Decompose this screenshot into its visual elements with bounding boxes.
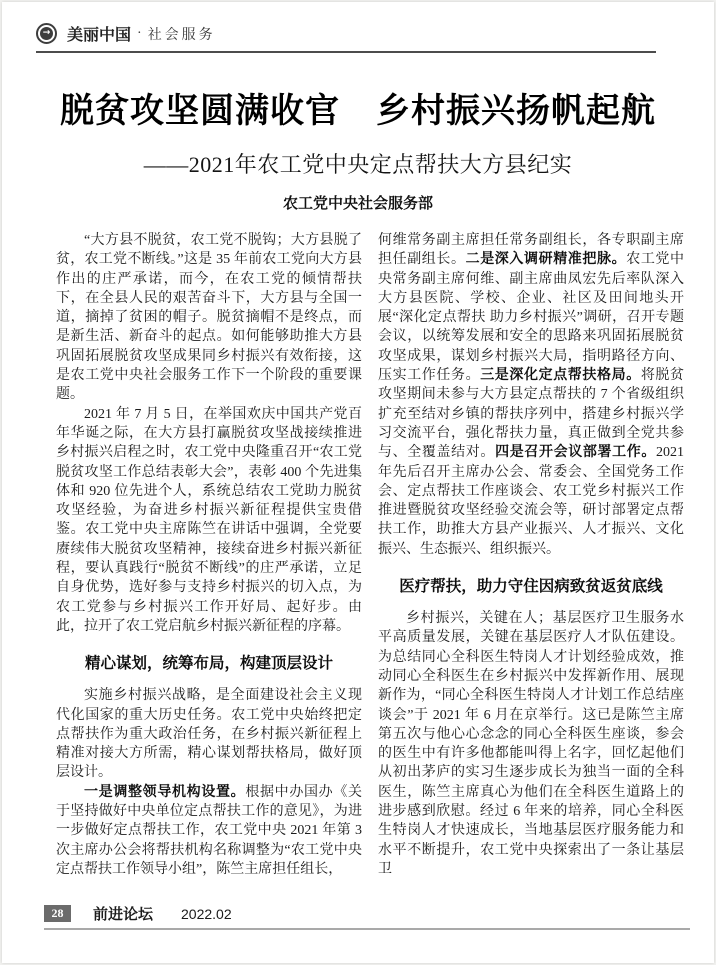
article-title-part1: 脱贫攻坚圆满收官 (60, 92, 340, 130)
journal-name: 前进论坛 (93, 903, 153, 924)
section-heading-planning: 精心谋划，统筹布局，构建顶层设计 (56, 651, 362, 673)
brand-separator: · (137, 26, 142, 42)
paragraph-5-text2: 农工党中央常务副主席何维、副主席曲凤宏先后率队深入大方县医院、学校、企业、社区及… (378, 252, 684, 383)
section-name: 社会服务 (148, 24, 216, 44)
paragraph-1: “大方县不脱贫，农工党不脱钩；大方县脱了贫，农工党不断线。”这是 35 年前农工… (56, 231, 362, 405)
paragraph-4-lead: 一是调整领导机构设置。 (84, 785, 245, 800)
left-column: “大方县不脱贫，农工党不脱钩；大方县脱了贫，农工党不断线。”这是 35 年前农工… (56, 231, 362, 903)
article-title-part2: 乡村振兴扬帆起航 (376, 92, 656, 130)
article-title: 脱贫攻坚圆满收官乡村振兴扬帆起航 (30, 83, 686, 132)
page-number-badge: 28 (44, 905, 71, 922)
page-header: → 美丽中国 · 社会服务 (2, 2, 714, 45)
paragraph-5-lead4: 四是召开会议部署工作。 (495, 445, 656, 460)
paragraph-4: 一是调整领导机构设置。根据中办国办《关于坚持做好中央单位定点帮扶工作的意见》，为… (56, 783, 362, 879)
magazine-page: → 美丽中国 · 社会服务 脱贫攻坚圆满收官乡村振兴扬帆起航 ——2021年农工… (2, 2, 714, 963)
page-footer: 28 前进论坛 2022.02 (44, 903, 690, 930)
paragraph-5-lead2: 二是深入调研精准把脉。 (466, 252, 627, 267)
arrow-circle-icon: → (36, 23, 57, 44)
issue-number: 2022.02 (181, 906, 232, 922)
brand-title: 美丽中国 (67, 22, 131, 45)
article-body: “大方县不脱贫，农工党不脱钩；大方县脱了贫，农工党不断线。”这是 35 年前农工… (56, 231, 684, 903)
section-heading-medical: 医疗帮扶，助力守住因病致贫返贫底线 (378, 574, 684, 596)
right-column: 何维常务副主席担任常务副组长，各专职副主席担任副组长。二是深入调研精准把脉。农工… (378, 231, 684, 903)
paragraph-5: 何维常务副主席担任常务副组长，各专职副主席担任副组长。二是深入调研精准把脉。农工… (378, 231, 684, 559)
article-author: 农工党中央社会服务部 (2, 192, 714, 213)
paragraph-3: 实施乡村振兴战略，是全面建设社会主义现代化国家的重大历史任务。农工党中央始终把定… (56, 686, 362, 782)
paragraph-5-lead3: 三是深化定点帮扶格局。 (480, 368, 641, 383)
paragraph-2: 2021 年 7 月 5 日，在举国欢庆中国共产党百年华诞之际，在大方县打赢脱贫… (56, 405, 362, 637)
arrow-glyph: → (40, 27, 53, 40)
paragraph-6: 乡村振兴，关键在人；基层医疗卫生服务水平高质量发展，关键在基层医疗人才队伍建设。… (378, 609, 684, 879)
paragraph-5-text4: 2021 年先后召开主席办公会、常委会、全国党务工作会、定点帮扶工作座谈会、农工… (378, 445, 684, 556)
header-divider (36, 51, 656, 53)
article-subtitle: ——2021年农工党中央定点帮扶大方县纪实 (2, 148, 714, 179)
